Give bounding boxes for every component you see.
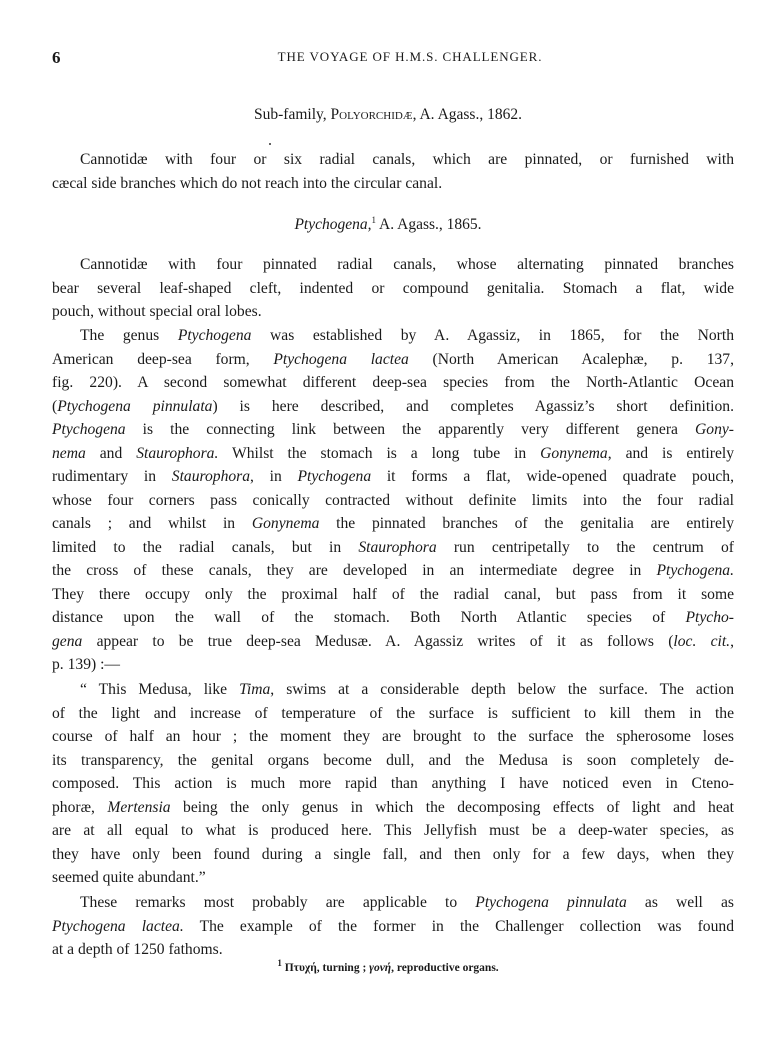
italic-term: Tima: [239, 681, 270, 698]
genus-heading: Ptychogena,1 A. Agass., 1865.: [0, 216, 776, 234]
italic-term: Ptychogena lactea.: [52, 918, 184, 935]
italic-term: Staurophora: [358, 539, 436, 556]
text-line: American deep-sea form, Ptychogena lacte…: [52, 348, 734, 372]
subfamily-heading: Sub-family, Polyorchidæ, A. Agass., 1862…: [0, 106, 776, 124]
footnote-gloss-1: , turning ;: [317, 962, 369, 974]
italic-term: loc. cit.: [673, 633, 730, 650]
paragraph-remarks: These remarks most probably are applicab…: [52, 891, 734, 962]
genus-suffix: A. Agass., 1865.: [376, 216, 482, 233]
footnote-greek-1: Πτυχή: [285, 962, 317, 974]
italic-term: Staurophora: [172, 468, 250, 485]
subfamily-description: Cannotidæ with four or six radial canals…: [52, 148, 734, 195]
footnote-greek-2: γονή: [369, 962, 391, 974]
text-line: (Ptychogena pinnulata) is here described…: [52, 395, 734, 419]
italic-term: Ptychogena: [298, 468, 372, 485]
stray-dot: [269, 143, 271, 145]
italic-term: Ptychogena pinnulata: [57, 398, 212, 415]
italic-term: Staurophora.: [136, 445, 218, 462]
text-line: fig. 220). A second somewhat different d…: [52, 371, 734, 395]
text-line: distance upon the wall of the stomach. B…: [52, 606, 734, 630]
footnote-gloss-2: , reproductive organs.: [391, 962, 499, 974]
subfamily-prefix: Sub-family,: [254, 106, 331, 123]
text-line: course of half an hour ; the moment they…: [52, 725, 734, 749]
italic-term: Gonynema: [252, 515, 320, 532]
paragraph-genus: The genus Ptychogena was established by …: [52, 324, 734, 677]
text-line: limited to the radial canals, but in Sta…: [52, 536, 734, 560]
running-title: THE VOYAGE OF H.M.S. CHALLENGER.: [52, 49, 742, 65]
genus-description: Cannotidæ with four pinnated radial cana…: [52, 253, 734, 324]
italic-term: Ptychogena: [52, 421, 126, 438]
text-line: canals ; and whilst in Gonynema the pinn…: [52, 512, 734, 536]
text-line: gena appear to be true deep-sea Medusæ. …: [52, 630, 734, 654]
text-line: of the light and increase of temperature…: [52, 702, 734, 726]
subfamily-name: Polyorchidæ: [331, 106, 413, 123]
text-line: composed. This action is much more rapid…: [52, 772, 734, 796]
italic-term: Gony-: [695, 421, 734, 438]
text-line: at a depth of 1250 fathoms.: [52, 938, 734, 962]
text-line: they have only been found during a singl…: [52, 843, 734, 867]
text-line: are at all equal to what is produced her…: [52, 819, 734, 843]
footnote: 1 Πτυχή, turning ; γονή, reproductive or…: [0, 962, 776, 974]
italic-term: Ptychogena: [178, 327, 252, 344]
text-line: bear several leaf-shaped cleft, indented…: [52, 277, 734, 301]
text-line: cæcal side branches which do not reach i…: [52, 172, 734, 196]
italic-term: Ptychogena pinnulata: [475, 894, 627, 911]
text-line: its transparency, the genital organs bec…: [52, 749, 734, 773]
genus-name: Ptychogena,: [294, 216, 371, 233]
subfamily-suffix: , A. Agass., 1862.: [413, 106, 522, 123]
text-line: These remarks most probably are applicab…: [52, 891, 734, 915]
running-head: 6 THE VOYAGE OF H.M.S. CHALLENGER.: [52, 48, 742, 68]
text-line: Ptychogena lactea. The example of the fo…: [52, 915, 734, 939]
text-line: Cannotidæ with four or six radial canals…: [52, 148, 734, 172]
italic-term: nema: [52, 445, 86, 462]
italic-term: Ptycho-: [686, 609, 735, 626]
text-line: The genus Ptychogena was established by …: [52, 324, 734, 348]
text-line: the cross of these canals, they are deve…: [52, 559, 734, 583]
text-line: rudimentary in Staurophora, in Ptychogen…: [52, 465, 734, 489]
quotation: “ This Medusa, like Tima, swims at a con…: [52, 678, 734, 890]
text-line: nema and Staurophora. Whilst the stomach…: [52, 442, 734, 466]
text-line: Cannotidæ with four pinnated radial cana…: [52, 253, 734, 277]
footnote-marker: 1: [277, 958, 282, 968]
text-line: Ptychogena is the connecting link betwee…: [52, 418, 734, 442]
text-line: seemed quite abundant.”: [52, 866, 734, 890]
text-line: “ This Medusa, like Tima, swims at a con…: [52, 678, 734, 702]
italic-term: Mertensia: [107, 799, 170, 816]
italic-term: Ptychogena.: [656, 562, 734, 579]
italic-term: Ptychogena lactea: [273, 351, 408, 368]
text-line: pouch, without special oral lobes.: [52, 300, 734, 324]
text-line: phoræ, Mertensia being the only genus in…: [52, 796, 734, 820]
text-line: whose four corners pass conically contra…: [52, 489, 734, 513]
italic-term: Gonynema: [540, 445, 608, 462]
italic-term: gena: [52, 633, 82, 650]
text-line: p. 139) :—: [52, 653, 734, 677]
text-line: They there occupy only the proximal half…: [52, 583, 734, 607]
